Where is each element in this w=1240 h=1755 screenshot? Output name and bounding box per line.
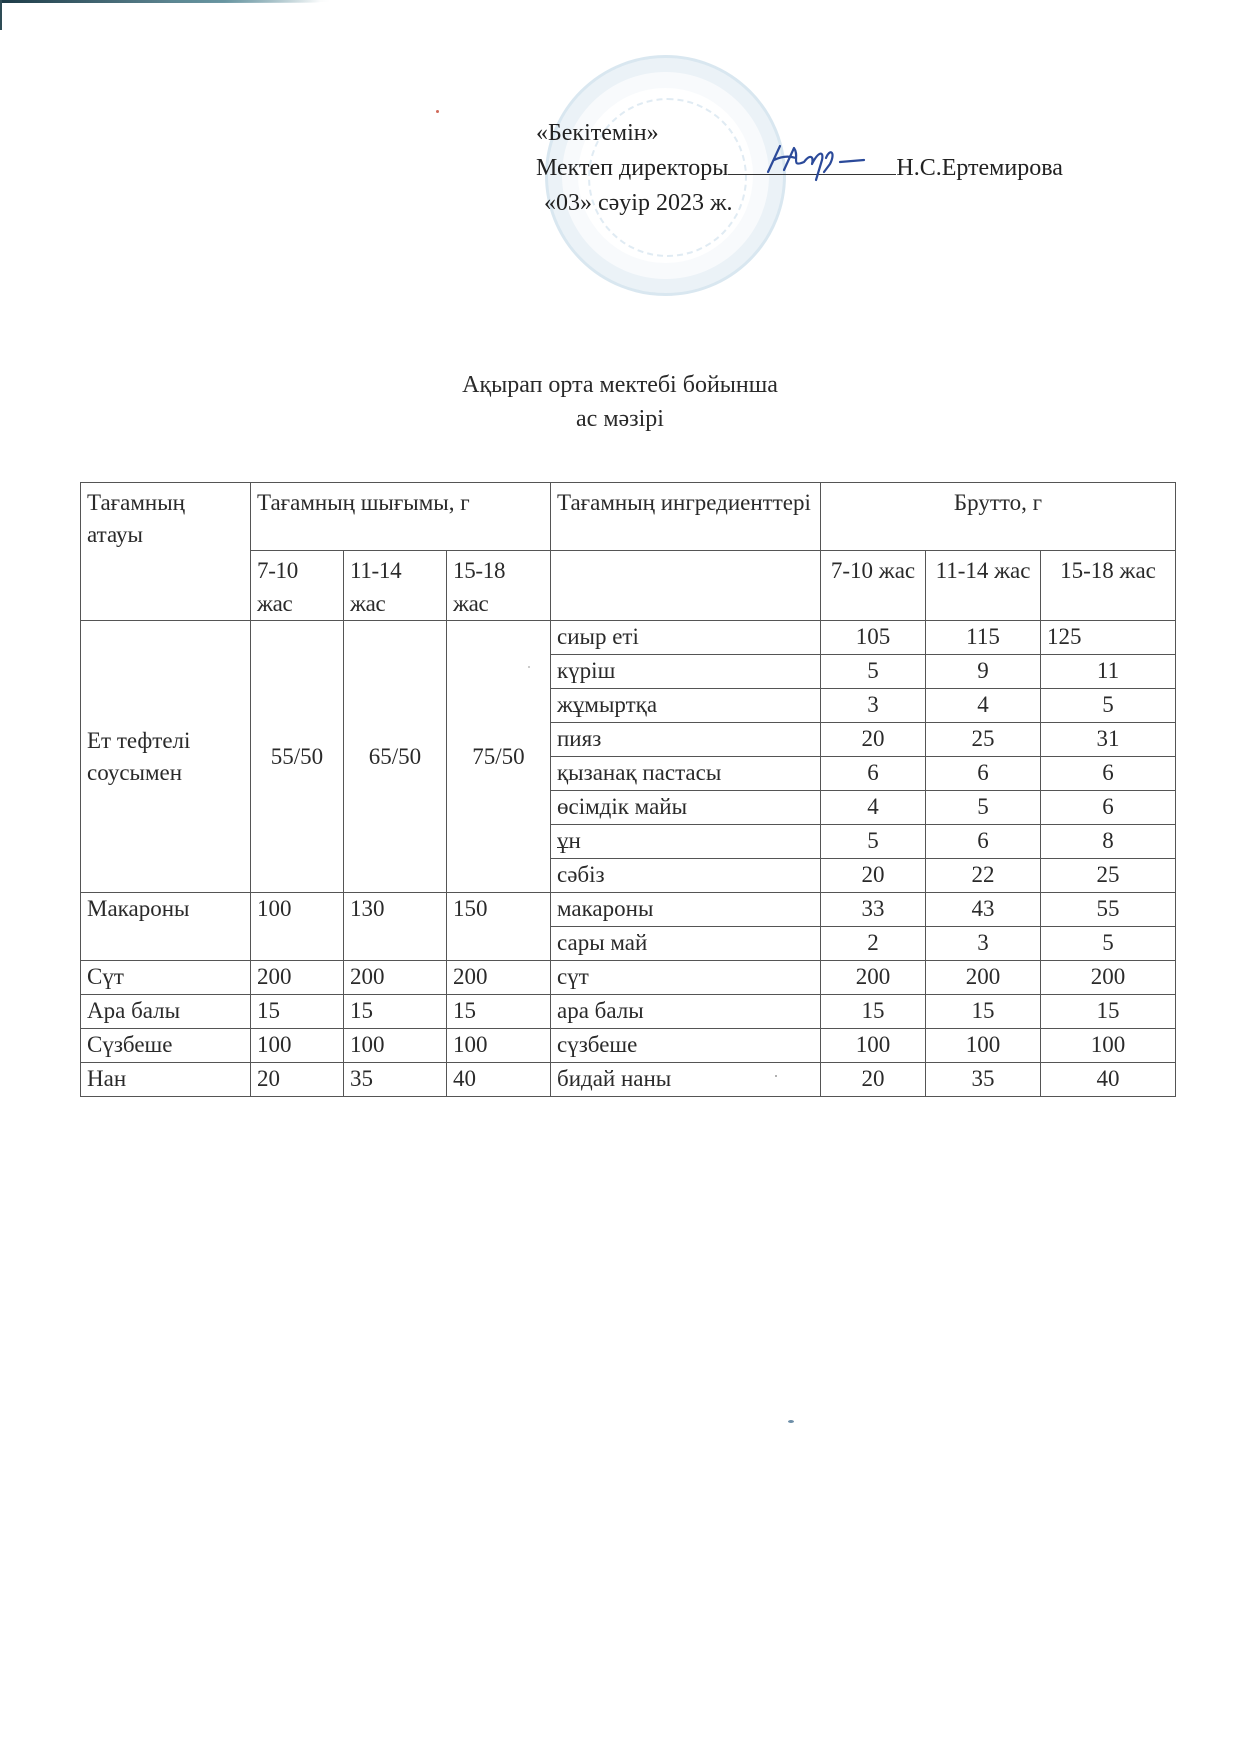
- dish-name-cell: Макароны: [81, 893, 251, 961]
- table-row: Ет тефтелі соусымен55/5065/5075/50сиыр е…: [81, 621, 1176, 655]
- ingredient-name-cell: жұмыртқа: [551, 689, 821, 723]
- table-row: Ара балы151515ара балы151515: [81, 995, 1176, 1029]
- dish-name-cell: Ет тефтелі соусымен: [81, 621, 251, 893]
- table-row: Сүт200200200сүт200200200: [81, 961, 1176, 995]
- brutto-cell-3: 5: [1041, 927, 1176, 961]
- brutto-cell-2: 22: [926, 859, 1041, 893]
- ingredient-name-cell: ара балы: [551, 995, 821, 1029]
- dish-yield-cell-2: 100: [344, 1029, 447, 1063]
- header-ingredients-empty: [551, 551, 821, 621]
- brutto-cell-3: 100: [1041, 1029, 1176, 1063]
- brutto-cell-2: 3: [926, 927, 1041, 961]
- approval-date: «03» сәуір 2023 ж.: [536, 186, 1063, 221]
- ingredient-name-cell: қызанақ пастасы: [551, 757, 821, 791]
- brutto-cell-2: 5: [926, 791, 1041, 825]
- brutto-cell-3: 5: [1041, 689, 1176, 723]
- header-brutto-age-2: 11-14 жас: [926, 551, 1041, 621]
- brutto-cell-1: 100: [821, 1029, 926, 1063]
- brutto-cell-3: 200: [1041, 961, 1176, 995]
- ingredient-name-cell: сәбіз: [551, 859, 821, 893]
- table-header-row: Тағамның атауы Тағамның шығымы, г Тағамн…: [81, 483, 1176, 551]
- dish-yield-cell-3: 75/50: [447, 621, 551, 893]
- ingredient-name-cell: макароны: [551, 893, 821, 927]
- dish-name-cell: Сүзбеше: [81, 1029, 251, 1063]
- header-dish-name: Тағамның атауы: [81, 483, 251, 621]
- page-title: Ақырап орта мектебі бойынша ас мәзірі: [0, 368, 1240, 436]
- scan-speck: [528, 666, 530, 668]
- ingredient-name-cell: сары май: [551, 927, 821, 961]
- header-yield-age-2: 11-14 жас: [344, 551, 447, 621]
- page-title-line2: ас мәзірі: [0, 402, 1240, 436]
- brutto-cell-3: 6: [1041, 757, 1176, 791]
- header-brutto-age-3: 15-18 жас: [1041, 551, 1176, 621]
- brutto-cell-2: 100: [926, 1029, 1041, 1063]
- ingredient-name-cell: ұн: [551, 825, 821, 859]
- scan-edge-left: [0, 0, 2, 30]
- ingredient-name-cell: пияз: [551, 723, 821, 757]
- brutto-cell-2: 200: [926, 961, 1041, 995]
- brutto-cell-2: 25: [926, 723, 1041, 757]
- dish-yield-cell-1: 55/50: [251, 621, 344, 893]
- signature-icon: [760, 142, 870, 182]
- approval-position: Мектеп директоры: [536, 155, 728, 181]
- brutto-cell-1: 5: [821, 825, 926, 859]
- scan-speck: [788, 1420, 794, 1423]
- brutto-cell-3: 40: [1041, 1063, 1176, 1097]
- ingredient-name-cell: күріш: [551, 655, 821, 689]
- dish-yield-cell-1: 200: [251, 961, 344, 995]
- approval-director-name: Н.С.Ертемирова: [896, 155, 1063, 181]
- brutto-cell-3: 6: [1041, 791, 1176, 825]
- ingredient-name-cell: өсімдік майы: [551, 791, 821, 825]
- header-yield: Тағамның шығымы, г: [251, 483, 551, 551]
- brutto-cell-1: 20: [821, 723, 926, 757]
- ingredient-name-cell: сүт: [551, 961, 821, 995]
- header-brutto-age-1: 7-10 жас: [821, 551, 926, 621]
- brutto-cell-1: 20: [821, 1063, 926, 1097]
- ingredient-name-cell: сиыр еті: [551, 621, 821, 655]
- table-row: Макароны100130150макароны334355: [81, 893, 1176, 927]
- dish-yield-cell-3: 200: [447, 961, 551, 995]
- dish-yield-cell-2: 200: [344, 961, 447, 995]
- brutto-cell-1: 15: [821, 995, 926, 1029]
- ingredient-name-cell: бидай наны: [551, 1063, 821, 1097]
- dish-yield-cell-2: 65/50: [344, 621, 447, 893]
- dish-yield-cell-1: 20: [251, 1063, 344, 1097]
- brutto-cell-2: 43: [926, 893, 1041, 927]
- dish-yield-cell-1: 100: [251, 1029, 344, 1063]
- brutto-cell-2: 9: [926, 655, 1041, 689]
- dish-yield-cell-3: 15: [447, 995, 551, 1029]
- dish-name-cell: Ара балы: [81, 995, 251, 1029]
- header-yield-age-1: 7-10 жас: [251, 551, 344, 621]
- table-row: Сүзбеше100100100сүзбеше100100100: [81, 1029, 1176, 1063]
- dish-yield-cell-1: 15: [251, 995, 344, 1029]
- approval-signature-line: Мектеп директоры Н.С.Ертемирова: [536, 151, 1063, 186]
- brutto-cell-1: 3: [821, 689, 926, 723]
- brutto-cell-2: 35: [926, 1063, 1041, 1097]
- header-ingredients: Тағамның ингредиенттері: [551, 483, 821, 551]
- dish-yield-cell-3: 40: [447, 1063, 551, 1097]
- scan-edge-top-fade: [170, 0, 330, 2]
- page-title-line1: Ақырап орта мектебі бойынша: [0, 368, 1240, 402]
- ingredient-name-cell: сүзбеше: [551, 1029, 821, 1063]
- brutto-cell-1: 20: [821, 859, 926, 893]
- brutto-cell-2: 15: [926, 995, 1041, 1029]
- brutto-cell-1: 2: [821, 927, 926, 961]
- brutto-cell-2: 115: [926, 621, 1041, 655]
- brutto-cell-1: 200: [821, 961, 926, 995]
- scan-speck: [436, 110, 439, 113]
- table-row: Нан203540бидай наны203540: [81, 1063, 1176, 1097]
- signature-underline: [728, 152, 896, 175]
- brutto-cell-1: 4: [821, 791, 926, 825]
- dish-name-cell: Нан: [81, 1063, 251, 1097]
- header-yield-age-3: 15-18 жас: [447, 551, 551, 621]
- brutto-cell-3: 25: [1041, 859, 1176, 893]
- brutto-cell-1: 33: [821, 893, 926, 927]
- dish-yield-cell-3: 150: [447, 893, 551, 961]
- brutto-cell-1: 5: [821, 655, 926, 689]
- dish-yield-cell-2: 15: [344, 995, 447, 1029]
- header-brutto: Брутто, г: [821, 483, 1176, 551]
- dish-yield-cell-2: 35: [344, 1063, 447, 1097]
- brutto-cell-2: 4: [926, 689, 1041, 723]
- scan-speck: [775, 1075, 777, 1077]
- brutto-cell-1: 105: [821, 621, 926, 655]
- menu-table: Тағамның атауы Тағамның шығымы, г Тағамн…: [80, 482, 1176, 1097]
- brutto-cell-2: 6: [926, 757, 1041, 791]
- dish-name-cell: Сүт: [81, 961, 251, 995]
- brutto-cell-3: 8: [1041, 825, 1176, 859]
- approval-block: «Бекітемін» Мектеп директоры Н.С.Ертемир…: [536, 116, 1063, 221]
- brutto-cell-3: 31: [1041, 723, 1176, 757]
- dish-yield-cell-3: 100: [447, 1029, 551, 1063]
- brutto-cell-3: 125: [1041, 621, 1176, 655]
- brutto-cell-3: 55: [1041, 893, 1176, 927]
- dish-yield-cell-1: 100: [251, 893, 344, 961]
- brutto-cell-3: 11: [1041, 655, 1176, 689]
- brutto-cell-3: 15: [1041, 995, 1176, 1029]
- brutto-cell-1: 6: [821, 757, 926, 791]
- dish-yield-cell-2: 130: [344, 893, 447, 961]
- brutto-cell-2: 6: [926, 825, 1041, 859]
